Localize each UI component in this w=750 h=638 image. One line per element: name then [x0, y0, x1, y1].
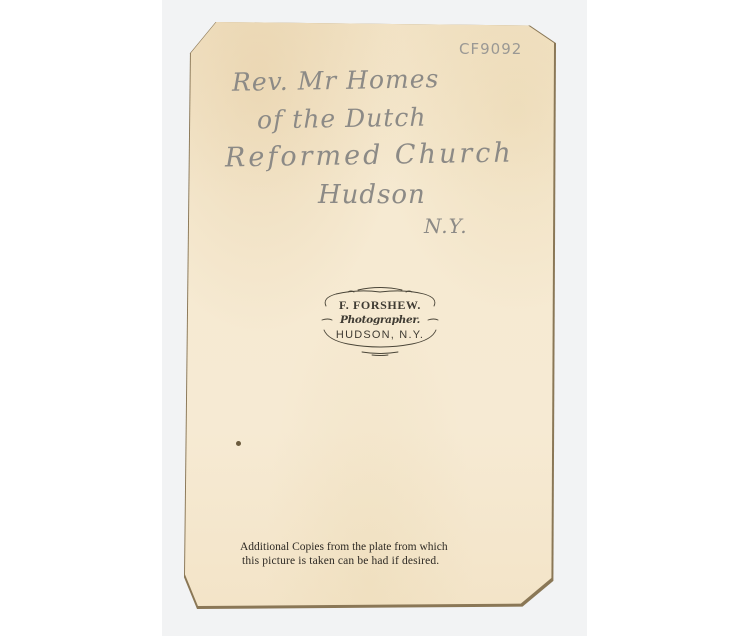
foxing-spot	[236, 441, 241, 446]
footer-note-line-2: this picture is taken can be had if desi…	[240, 554, 510, 568]
handwritten-line-church: Reformed Church	[225, 137, 514, 173]
footer-note-line-1: Additional Copies from the plate from wh…	[240, 540, 510, 554]
handwritten-line-state: N.Y.	[424, 214, 468, 238]
photographer-city: HUDSON, N.Y.	[318, 329, 442, 341]
photographer-imprint: F. FORSHEW. Photographer. HUDSON, N.Y.	[318, 284, 442, 356]
handwritten-line-affiliation: of the Dutch	[257, 103, 427, 135]
catalog-number: CF9092	[459, 40, 522, 58]
photographer-title: Photographer.	[318, 314, 442, 326]
handwritten-line-city: Hudson	[318, 180, 426, 210]
photographer-name: F. FORSHEW.	[318, 298, 442, 313]
handwritten-line-name: Rev. Mr Homes	[232, 64, 440, 97]
footer-note: Additional Copies from the plate from wh…	[240, 540, 510, 568]
